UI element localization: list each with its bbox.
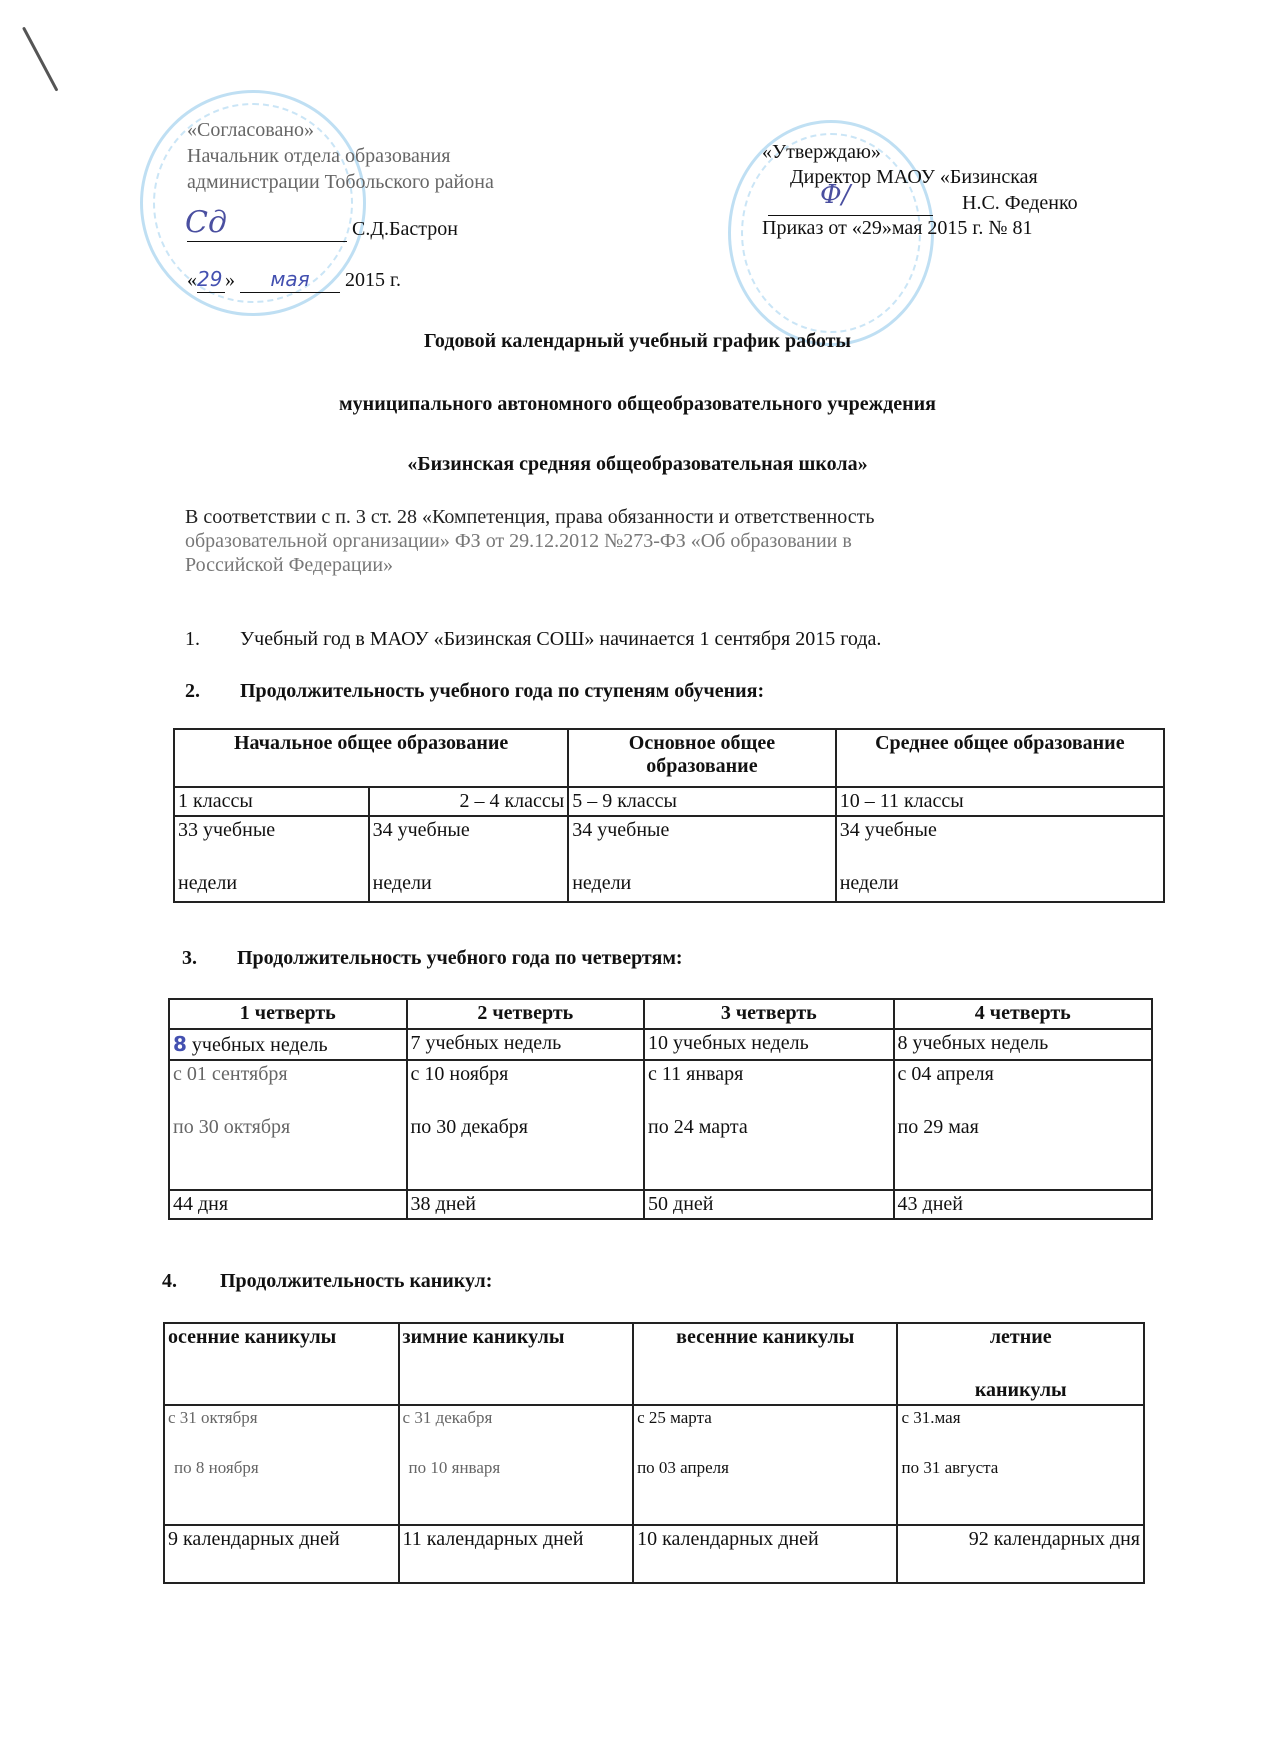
header-secondary: Среднее общее образование: [836, 729, 1164, 787]
cell-weeks: 34 учебныенедели: [568, 816, 835, 902]
cell-period: с 31.маяпо 31 августа: [897, 1405, 1144, 1525]
page-subtitle-org: муниципального автономного общеобразоват…: [0, 393, 1275, 416]
cell-days: 44 дня: [169, 1190, 407, 1219]
approval-right-signature-line: Н.С. Феденко: [762, 190, 1078, 216]
cell-days: 43 дней: [894, 1190, 1152, 1219]
signature-left: Сд: [185, 205, 227, 240]
cell-period: с 04 апреляпо 29 мая: [894, 1060, 1152, 1190]
cell-period: с 31 декабряпо 10 января: [399, 1405, 634, 1525]
cell-period: с 25 мартапо 03 апреля: [633, 1405, 897, 1525]
cell-period: с 11 январяпо 24 марта: [644, 1060, 893, 1190]
page-title: Годовой календарный учебный график работ…: [0, 330, 1275, 353]
cell-days: 9 календарных дней: [164, 1525, 399, 1583]
header-spring: весенние каникулы: [633, 1323, 897, 1405]
item-1: 1.Учебный год в МАОУ «Бизинская СОШ» нач…: [185, 628, 881, 651]
cell-days: 38 дней: [407, 1190, 645, 1219]
header-q4: 4 четверть: [894, 999, 1152, 1029]
cell-classes: 5 – 9 классы: [568, 787, 835, 816]
table-quarters: 1 четверть 2 четверть 3 четверть 4 четве…: [168, 998, 1153, 1220]
header-q3: 3 четверть: [644, 999, 893, 1029]
header-summer: летниеканикулы: [897, 1323, 1144, 1405]
item-4: 4.Продолжительность каникул:: [162, 1270, 492, 1293]
cell-classes: 1 классы: [174, 787, 369, 816]
table-holidays: осенние каникулы зимние каникулы весенни…: [163, 1322, 1145, 1584]
date-year: 2015 г.: [345, 269, 401, 291]
handwritten-correction: 8: [173, 1032, 187, 1056]
cell-classes: 10 – 11 классы: [836, 787, 1164, 816]
header-winter: зимние каникулы: [399, 1323, 634, 1405]
header-autumn: осенние каникулы: [164, 1323, 399, 1405]
approval-left-position: Начальник отдела образования: [187, 143, 494, 169]
cell-weeks: 10 учебных недель: [644, 1029, 893, 1060]
cell-weeks: 34 учебныенедели: [369, 816, 569, 902]
header-q2: 2 четверть: [407, 999, 645, 1029]
cell-days: 50 дней: [644, 1190, 893, 1219]
cell-weeks: 8 учебных недель: [169, 1029, 407, 1060]
cell-period: с 31 октябряпо 8 ноября: [164, 1405, 399, 1525]
cell-weeks: 33 учебныенедели: [174, 816, 369, 902]
approval-left-heading: «Согласовано»: [187, 117, 494, 143]
approval-right: «Утверждаю» Директор МАОУ «Бизинская Н.С…: [762, 140, 1078, 241]
cell-weeks: 8 учебных недель: [894, 1029, 1152, 1060]
cell-period: с 01 сентябряпо 30 октября: [169, 1060, 407, 1190]
approval-left-signature-line: С.Д.Бастрон: [187, 215, 494, 242]
cell-weeks: 7 учебных недель: [407, 1029, 645, 1060]
table-education-levels: Начальное общее образование Основное общ…: [173, 728, 1165, 903]
approval-right-position: Директор МАОУ «Бизинская: [762, 165, 1078, 190]
staple-mark: [22, 27, 58, 92]
approval-left-org: администрации Тобольского района: [187, 169, 494, 195]
header-q1: 1 четверть: [169, 999, 407, 1029]
approval-left: «Согласовано» Начальник отдела образован…: [187, 117, 494, 293]
cell-weeks: 34 учебныенедели: [836, 816, 1164, 902]
approval-left-signer: С.Д.Бастрон: [352, 218, 458, 240]
header-basic: Основное общее образование: [568, 729, 835, 787]
signature-line: [768, 190, 933, 216]
header-primary: Начальное общее образование: [174, 729, 568, 787]
date-day: 29: [197, 266, 225, 293]
approval-right-order: Приказ от «29»мая 2015 г. № 81: [762, 216, 1078, 241]
cell-classes: 2 – 4 классы: [369, 787, 569, 816]
cell-days: 11 календарных дней: [399, 1525, 634, 1583]
signature-right: Ф/: [820, 180, 850, 210]
approval-right-heading: «Утверждаю»: [762, 140, 1078, 165]
page-subtitle-school: «Бизинская средняя общеобразовательная ш…: [0, 453, 1275, 476]
date-month: мая: [240, 266, 340, 293]
cell-days: 10 календарных дней: [633, 1525, 897, 1583]
approval-left-date: «29» мая 2015 г.: [187, 266, 494, 293]
item-3: 3.Продолжительность учебного года по чет…: [182, 947, 683, 970]
approval-right-signer: Н.С. Феденко: [962, 192, 1078, 214]
cell-days: 92 календарных дня: [897, 1525, 1144, 1583]
intro-paragraph: В соответствии с п. 3 ст. 28 «Компетенци…: [185, 505, 1065, 577]
item-2: 2.Продолжительность учебного года по сту…: [185, 680, 764, 703]
cell-period: с 10 ноябряпо 30 декабря: [407, 1060, 645, 1190]
